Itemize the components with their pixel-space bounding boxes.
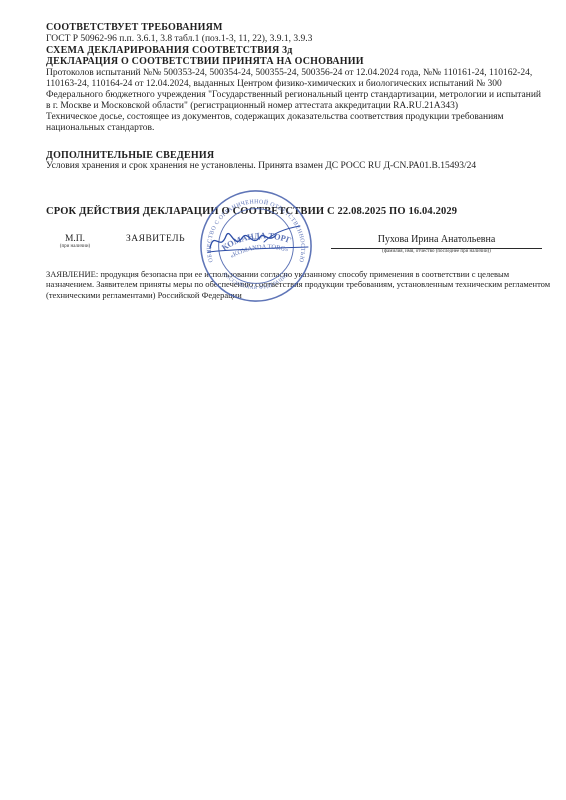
seal-place-note: (при наличии) (46, 244, 104, 250)
additional-info-heading: ДОПОЛНИТЕЛЬНЫЕ СВЕДЕНИЯ (46, 150, 542, 162)
signature-row: М.П. (при наличии) ЗАЯВИТЕЛЬ Пухова Ирин… (46, 234, 542, 255)
additional-info-text: Условия хранения и срок хранения не уста… (46, 161, 542, 172)
seal-place-block: М.П. (при наличии) (46, 234, 104, 250)
test-protocols-text: Протоколов испытаний №№ 500353-24, 50035… (46, 68, 542, 112)
declaration-document-page: СООТВЕТСТВУЕТ ТРЕБОВАНИЯМ ГОСТ Р 50962-9… (0, 0, 566, 800)
declaration-basis-heading: ДЕКЛАРАЦИЯ О СООТВЕТСТВИИ ПРИНЯТА НА ОСН… (46, 56, 542, 68)
seal-place-label: М.П. (46, 234, 104, 244)
signatory-note: (фамилия, имя, отчество (последнее при н… (331, 249, 542, 255)
requirements-heading: СООТВЕТСТВУЕТ ТРЕБОВАНИЯМ (46, 22, 542, 34)
declaration-scheme-heading: СХЕМА ДЕКЛАРИРОВАНИЯ СООТВЕТСТВИЯ 3д (46, 45, 542, 57)
additional-info-section: ДОПОЛНИТЕЛЬНЫЕ СВЕДЕНИЯ Условия хранения… (46, 150, 542, 173)
safety-statement-text: ЗАЯВЛЕНИЕ: продукция безопасна при ее ис… (46, 269, 551, 301)
signatory-name: Пухова Ирина Анатольевна (331, 234, 542, 249)
technical-dossier-text: Техническое досье, состоящее из документ… (46, 112, 542, 134)
gost-reference-text: ГОСТ Р 50962-96 п.п. 3.6.1, 3.8 табл.1 (… (46, 34, 542, 45)
signatory-block: Пухова Ирина Анатольевна (фамилия, имя, … (331, 234, 542, 255)
applicant-label: ЗАЯВИТЕЛЬ (126, 234, 185, 244)
validity-period-heading: СРОК ДЕЙСТВИЯ ДЕКЛАРАЦИИ О СООТВЕТСТВИИ … (46, 206, 542, 218)
requirements-section: СООТВЕТСТВУЕТ ТРЕБОВАНИЯМ ГОСТ Р 50962-9… (46, 22, 542, 134)
